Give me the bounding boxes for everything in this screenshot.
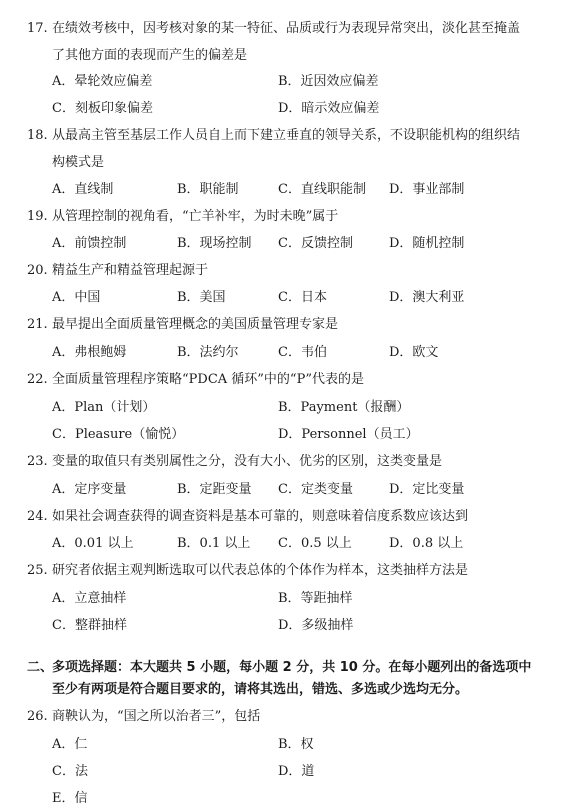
question-text: 从管理控制的视角看，“亡羊补牢，为时未晚”属于	[52, 209, 338, 225]
question-text: 在绩效考核中，因考核对象的某一特征、品质或行为表现异常突出，淡化甚至掩盖	[52, 21, 520, 37]
question-number: 23.	[27, 454, 48, 470]
question-text: 从最高主管至基层工作人员自上而下建立垂直的领导关系，不设职能机构的组织结	[52, 128, 520, 144]
option-c: C．直线职能制	[278, 182, 366, 198]
section-number: 二、	[27, 660, 53, 676]
question-text-cont: 了其他方面的表现而产生的偏差是	[52, 48, 247, 64]
option-b: B．0.1 以上	[177, 536, 250, 552]
option-a: A．前馈控制	[52, 236, 126, 252]
question-number: 22.	[27, 372, 48, 388]
option-c: C．Pleasure（愉悦）	[52, 427, 184, 443]
question-number: 24.	[27, 509, 48, 525]
question-text: 最早提出全面质量管理概念的美国质量管理专家是	[52, 317, 338, 333]
question-number: 25.	[27, 563, 48, 579]
question-text: 如果社会调查获得的调查资料是基本可靠的，则意味着信度系数应该达到	[52, 509, 468, 525]
option-c: C．韦伯	[278, 345, 327, 361]
question-text: 商鞅认为，“国之所以治者三”，包括	[52, 709, 260, 725]
question-number: 17.	[27, 21, 48, 37]
question-number: 26.	[27, 709, 48, 725]
option-b: B．定距变量	[177, 482, 252, 498]
question-text: 变量的取值只有类别属性之分，没有大小、优劣的区别，这类变量是	[52, 454, 442, 470]
option-a: A．仁	[52, 737, 87, 753]
option-c: C．日本	[278, 290, 327, 306]
option-d: D．欧文	[389, 345, 438, 361]
option-b: B．现场控制	[177, 236, 252, 252]
option-b: B．法约尔	[177, 345, 239, 361]
option-c: C．定类变量	[278, 482, 353, 498]
section-instructions-cont: 至少有两项是符合题目要求的，请将其选出，错选、多选或少选均无分。	[52, 682, 468, 698]
option-c: C．刻板印象偏差	[52, 101, 153, 117]
option-b: B．等距抽样	[278, 591, 353, 607]
option-a: A．中国	[52, 290, 100, 306]
question-text: 研究者依据主观判断选取可以代表总体的个体作为样本，这类抽样方法是	[52, 563, 468, 579]
option-d: D．道	[278, 764, 314, 780]
option-d: D．澳大利亚	[389, 290, 464, 306]
option-d: D．随机控制	[389, 236, 464, 252]
option-c: C．法	[52, 764, 88, 780]
option-a: A．弗根鲍姆	[52, 345, 126, 361]
section-instructions: 多项选择题：本大题共 5 小题，每小题 2 分，共 10 分。在每小题列出的备选…	[52, 660, 531, 676]
option-d: D．暗示效应偏差	[278, 101, 379, 117]
question-number: 20.	[27, 263, 48, 279]
option-c: C．整群抽样	[52, 618, 127, 634]
option-b: B．近因效应偏差	[278, 74, 379, 90]
option-a: A．立意抽样	[52, 591, 126, 607]
option-d: D．Personnel（员工）	[278, 427, 419, 443]
question-number: 19.	[27, 209, 48, 225]
question-number: 21.	[27, 317, 48, 333]
option-d: D．0.8 以上	[389, 536, 463, 552]
option-e: E．信	[52, 791, 88, 807]
option-d: D．事业部制	[389, 182, 464, 198]
question-text: 精益生产和精益管理起源于	[52, 263, 208, 279]
question-text-cont: 构模式是	[52, 155, 104, 171]
option-a: A．Plan（计划）	[52, 400, 155, 416]
option-c: C．反馈控制	[278, 236, 353, 252]
option-c: C．0.5 以上	[278, 536, 352, 552]
option-a: A．直线制	[52, 182, 113, 198]
option-a: A．晕轮效应偏差	[52, 74, 152, 90]
option-d: D．多级抽样	[278, 618, 353, 634]
question-text: 全面质量管理程序策略“PDCA 循环”中的“P”代表的是	[52, 372, 364, 388]
option-d: D．定比变量	[389, 482, 464, 498]
option-b: B．美国	[177, 290, 226, 306]
option-b: B．职能制	[177, 182, 239, 198]
option-b: B．权	[278, 737, 314, 753]
question-number: 18.	[27, 128, 48, 144]
option-b: B．Payment（报酬）	[278, 400, 409, 416]
option-a: A．0.01 以上	[52, 536, 133, 552]
option-a: A．定序变量	[52, 482, 126, 498]
